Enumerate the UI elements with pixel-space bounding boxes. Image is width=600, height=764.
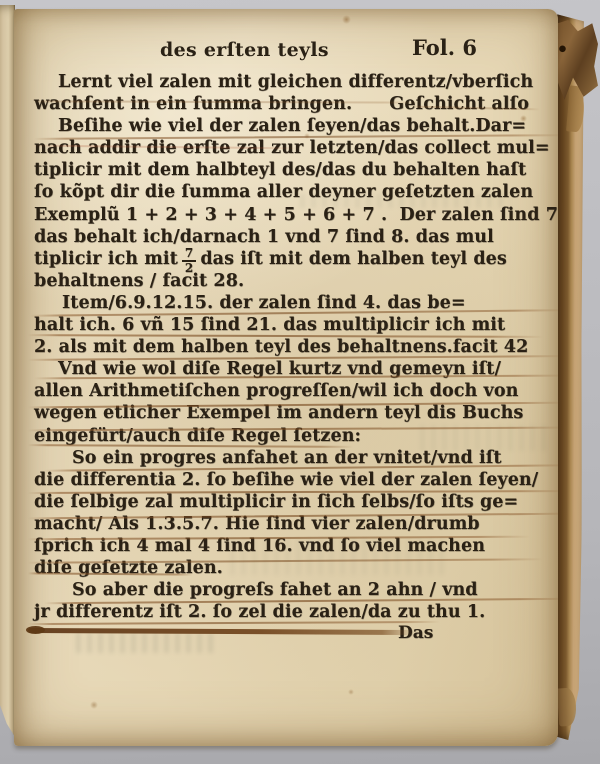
underlying-page-edge [0, 5, 15, 742]
fraction-pre-text: tiplicir ich mit [34, 249, 178, 269]
text-line: die differentia 2. ſo beſihe wie viel de… [34, 469, 558, 491]
foxing-spot [348, 689, 354, 695]
folio-number: Fol. 6 [412, 35, 477, 60]
fraction-numerator: 7 [182, 248, 196, 262]
fraction-post-text: das iſt mit dem halben teyl des [200, 249, 507, 269]
book-photo: { "header": { "running_title": "des erſt… [0, 0, 600, 764]
text-line: die ſelbige zal multiplicir in ſich ſelb… [34, 491, 558, 513]
text-block: Lernt viel zalen mit gleichen differentz… [34, 71, 558, 623]
text-line-with-fraction: tiplicir ich mit72das iſt mit dem halben… [34, 248, 558, 270]
running-title: des erſten teyls [160, 39, 329, 61]
text-line: das behalt ich/darnach 1 vnd 7 ſind 8. d… [34, 226, 558, 248]
text-line: halt ich. 6 vñ 15 ſind 21. das multiplic… [34, 314, 558, 336]
text-line: allen Arithmetiſchen progreſſen/wil ich … [34, 380, 558, 402]
text-line: Exemplũ 1 + 2 + 3 + 4 + 5 + 6 + 7 . Der … [34, 204, 558, 226]
text-line: jr differentz iſt 2. ſo zel die zalen/da… [34, 601, 558, 623]
text-line: wachſent in ein ſumma bringen. Geſchicht… [34, 93, 558, 115]
book-page: des erſten teyls Fol. 6 Lernt viel zalen… [14, 9, 558, 746]
showthrough-smudge [76, 633, 216, 653]
ink-blot [26, 626, 45, 634]
foxing-spot [342, 15, 351, 24]
text-line: behaltnens / facit 28. [34, 270, 558, 292]
text-line: Lernt viel zalen mit gleichen differentz… [34, 71, 558, 93]
text-line: ſo kõpt dir die ſumma aller deyner geſet… [34, 181, 558, 203]
foxing-spot [90, 701, 98, 709]
text-line: tiplicir mit dem halbteyl des/das du beh… [34, 159, 558, 181]
